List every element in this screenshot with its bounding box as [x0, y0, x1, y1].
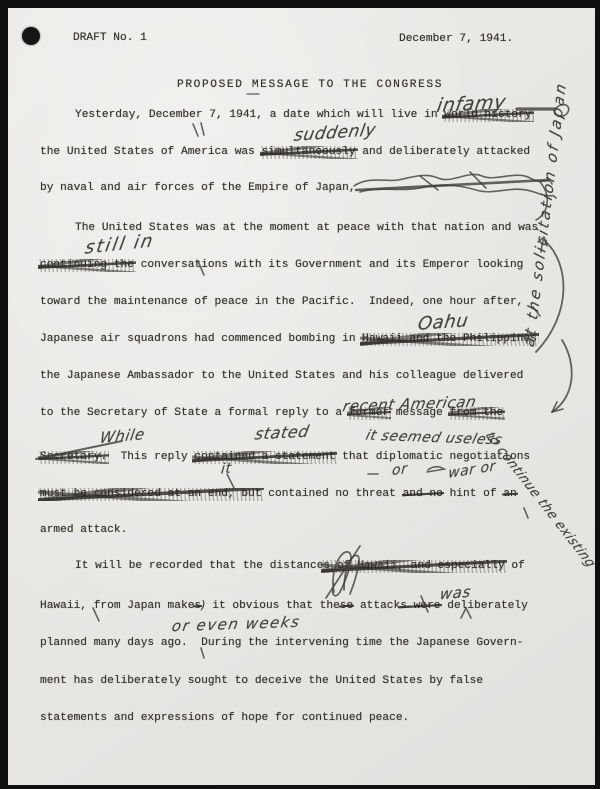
typed-text: the Japanese Ambassador to the United St…	[40, 370, 523, 382]
hole-punch	[22, 27, 40, 45]
typed-line: Secretary. This reply contained a statem…	[40, 450, 530, 464]
typed-text: armed attack.	[40, 524, 127, 536]
handwritten-title-dash: —	[246, 86, 261, 102]
pen-mark-paren: )	[201, 599, 205, 613]
typed-line: armed attack.	[40, 523, 127, 537]
typed-text: Yesterday, December 7, 1941, a date whic…	[75, 109, 444, 121]
typed-text: attack	[353, 600, 400, 612]
handwritten-infamy: infamy	[435, 91, 507, 117]
struck-text: and no	[403, 488, 443, 500]
handwritten-or: or	[392, 461, 409, 479]
draft-number: DRAFT No. 1	[73, 31, 147, 45]
typed-text: and deliberately attacked	[356, 146, 531, 158]
struck-text: contained a statement	[194, 451, 335, 463]
typed-line: continuing the conversations with its Go…	[40, 258, 523, 272]
struck-text: simultaneously	[262, 146, 356, 158]
typed-line: toward the maintenance of peace in the P…	[40, 295, 523, 309]
handwritten-it: it	[220, 460, 232, 477]
struck-text: s were	[400, 600, 440, 612]
typed-text: This reply	[107, 451, 194, 463]
typed-text: the United States of America was	[40, 146, 262, 158]
struck-text: s of Hawaii, and especially	[323, 560, 504, 572]
typed-text: of	[505, 560, 525, 572]
typed-text: contained no threat	[262, 488, 403, 500]
struck-text: continuing the	[40, 259, 134, 271]
struck-text: Hawaii and the Philippines	[362, 333, 537, 345]
typed-text: Hawaii, from Japan make	[40, 600, 194, 612]
typed-text: to the Secretary of State a formal reply…	[40, 407, 349, 419]
handwritten-stated: stated	[253, 421, 311, 443]
typed-line: planned many days ago. During the interv…	[40, 636, 523, 650]
struck-text: se	[340, 600, 353, 612]
typed-text: Japanese air squadrons had commenced bom…	[40, 333, 362, 345]
struck-text: Secretary.	[40, 451, 107, 463]
page-title: PROPOSED MESSAGE TO THE CONGRESS	[177, 78, 443, 92]
typed-text: it obvious that the	[206, 600, 340, 612]
typed-line: the Japanese Ambassador to the United St…	[40, 369, 523, 383]
typed-text: It will be recorded that the distance	[75, 560, 323, 572]
scanned-document: { "colors":{"paper":"#e8e6e3","typed_ink…	[0, 0, 600, 789]
handwritten-oahu: Oahu	[417, 310, 470, 335]
struck-text: s	[194, 600, 201, 612]
typed-line: ment has deliberately sought to deceive …	[40, 674, 483, 688]
typed-text: hint of	[443, 488, 503, 500]
typed-text: ment has deliberately sought to deceive …	[40, 675, 483, 687]
typed-line: must be considered at an end, but contai…	[40, 487, 517, 501]
typed-text: conversations with its Government and it…	[134, 259, 523, 271]
struck-text: an	[503, 488, 516, 500]
typed-text: toward the maintenance of peace in the P…	[40, 296, 523, 308]
struck-text: must be considered at an end, but	[40, 488, 262, 500]
typed-text: planned many days ago. During the interv…	[40, 637, 523, 649]
typed-line: It will be recorded that the distances o…	[75, 559, 525, 573]
typed-line: by naval and air forces of the Empire of…	[40, 181, 356, 195]
typed-line: the United States of America was simulta…	[40, 145, 530, 159]
typed-text: statements and expressions of hope for c…	[40, 712, 409, 724]
typed-line: statements and expressions of hope for c…	[40, 711, 409, 725]
typed-line: Japanese air squadrons had commenced bom…	[40, 332, 537, 346]
document-date: December 7, 1941.	[399, 32, 513, 46]
typed-text: by naval and air forces of the Empire of…	[40, 182, 356, 194]
handwritten-was: was	[439, 583, 472, 604]
